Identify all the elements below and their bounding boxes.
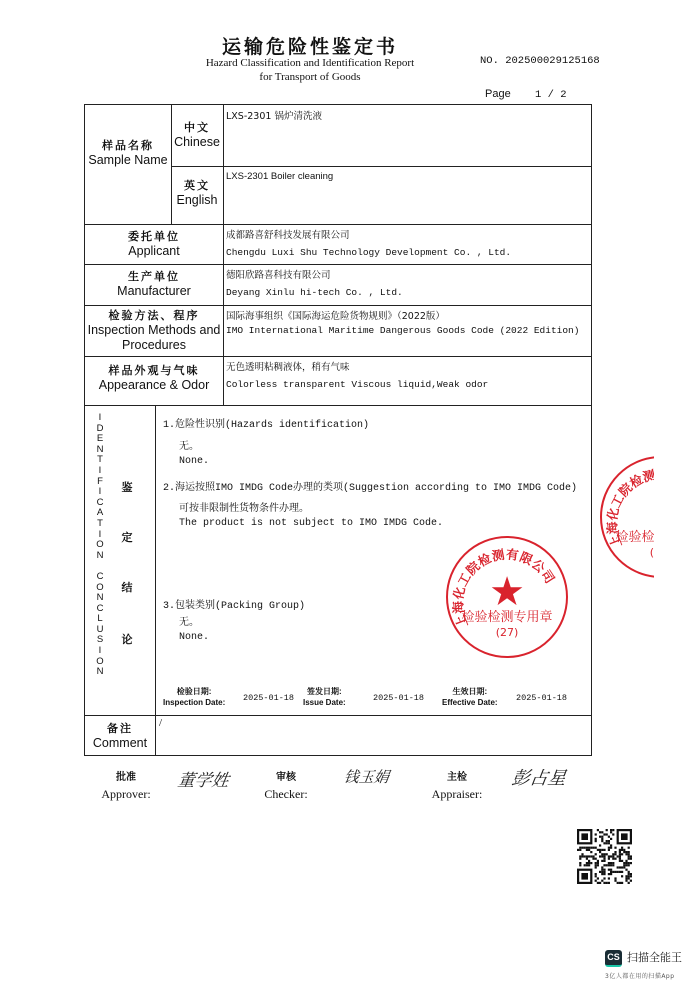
- stamp-line2: (27): [448, 626, 566, 639]
- inspection-date-value: 2025-01-18: [243, 693, 294, 703]
- comment-value: /: [159, 717, 162, 729]
- checker-signature: 钱玉娟: [343, 766, 391, 787]
- camscanner-app-name: 扫描全能王: [627, 949, 682, 965]
- conclusion-char-2: 定: [119, 529, 135, 545]
- hazards-identification-heading: 1.危险性识别(Hazards identification): [163, 415, 369, 431]
- sample-name-chinese-value: LXS-2301 锅炉清洗液: [223, 108, 322, 125]
- report-form: 样品名称 Sample Name 中文 Chinese LXS-2301 锅炉清…: [84, 104, 592, 756]
- imdg-suggestion-heading: 2.海运按照IMO IMDG Code办理的类项(Suggestion acco…: [163, 478, 577, 494]
- manufacturer-label: 生产单位 Manufacturer: [85, 269, 223, 299]
- page-label: Page: [485, 88, 511, 100]
- stamp-line1: 检验检测专用章: [448, 606, 566, 625]
- issue-date-value: 2025-01-18: [373, 693, 424, 703]
- sample-name-english-value: LXS-2301 Boiler cleaning: [223, 168, 333, 185]
- appearance-value: 无色透明粘稠液体，稍有气味 Colorless transparent Visc…: [223, 359, 488, 393]
- approver-signature: 董学姓: [176, 766, 231, 791]
- qr-code: [577, 829, 632, 884]
- approver-label: 批准 Approver:: [96, 770, 156, 802]
- conclusion-char-1: 鉴: [119, 479, 135, 495]
- manufacturer-value: 德阳欣路喜科技有限公司 Deyang Xinlu hi-tech Co. , L…: [223, 267, 403, 301]
- appraiser-label: 主检 Appraiser:: [424, 770, 490, 802]
- appraiser-signature: 彭占星: [510, 764, 568, 790]
- applicant-label: 委托单位 Applicant: [85, 229, 223, 259]
- inspection-date-label: 检验日期: Inspection Date:: [163, 686, 225, 708]
- packing-group-result: 无。 None.: [179, 617, 209, 645]
- vertical-identification-conclusion: IDENTIFICATION CONCLUSION: [93, 413, 107, 678]
- chinese-label: 中文 Chinese: [171, 120, 223, 150]
- hazards-identification-result: 无。 None.: [179, 441, 209, 469]
- inspection-methods-label: 检验方法、程序 Inspection Methods and Procedure…: [85, 308, 223, 353]
- issue-date-label: 签发日期: Issue Date:: [303, 686, 346, 708]
- applicant-value: 成都路喜舒科技发展有限公司 Chengdu Luxi Shu Technolog…: [223, 227, 511, 261]
- imdg-suggestion-result: 可按非限制性货物条件办理。 The product is not subject…: [179, 503, 443, 531]
- camscanner-tagline: 3亿人都在用的扫描App: [605, 971, 675, 980]
- camscanner-logo-icon: CS: [605, 950, 622, 967]
- effective-date-value: 2025-01-18: [516, 693, 567, 703]
- conclusion-char-3: 结: [119, 579, 135, 595]
- effective-date-label: 生效日期: Effective Date:: [442, 686, 498, 708]
- appearance-label: 样品外观与气味 Appearance & Odor: [85, 363, 223, 393]
- comment-label: 备注 Comment: [85, 721, 155, 751]
- conclusion-side-label: IDENTIFICATION CONCLUSION 鉴 定 结 论: [85, 405, 155, 715]
- checker-label: 审核 Checker:: [256, 770, 316, 802]
- sample-name-label: 样品名称 Sample Name: [85, 138, 171, 168]
- partial-stamp-edge: 上海化工院检测有限公司 检验检测专用章 (27): [600, 456, 654, 588]
- conclusion-char-4: 论: [119, 631, 135, 647]
- english-label: 英文 English: [171, 178, 223, 208]
- packing-group-heading: 3.包装类别(Packing Group): [163, 596, 305, 612]
- report-number: NO. 202500029125168: [480, 55, 600, 67]
- page-number: 1 / 2: [535, 89, 567, 101]
- inspection-methods-value: 国际海事组织《国际海运危险货物规则》（2022版） IMO Internatio…: [223, 308, 579, 337]
- report-title-en-line2: for Transport of Goods: [0, 70, 620, 84]
- inspection-stamp: 上海化工院检测有限公司 ★ 检验检测专用章 (27): [446, 536, 568, 658]
